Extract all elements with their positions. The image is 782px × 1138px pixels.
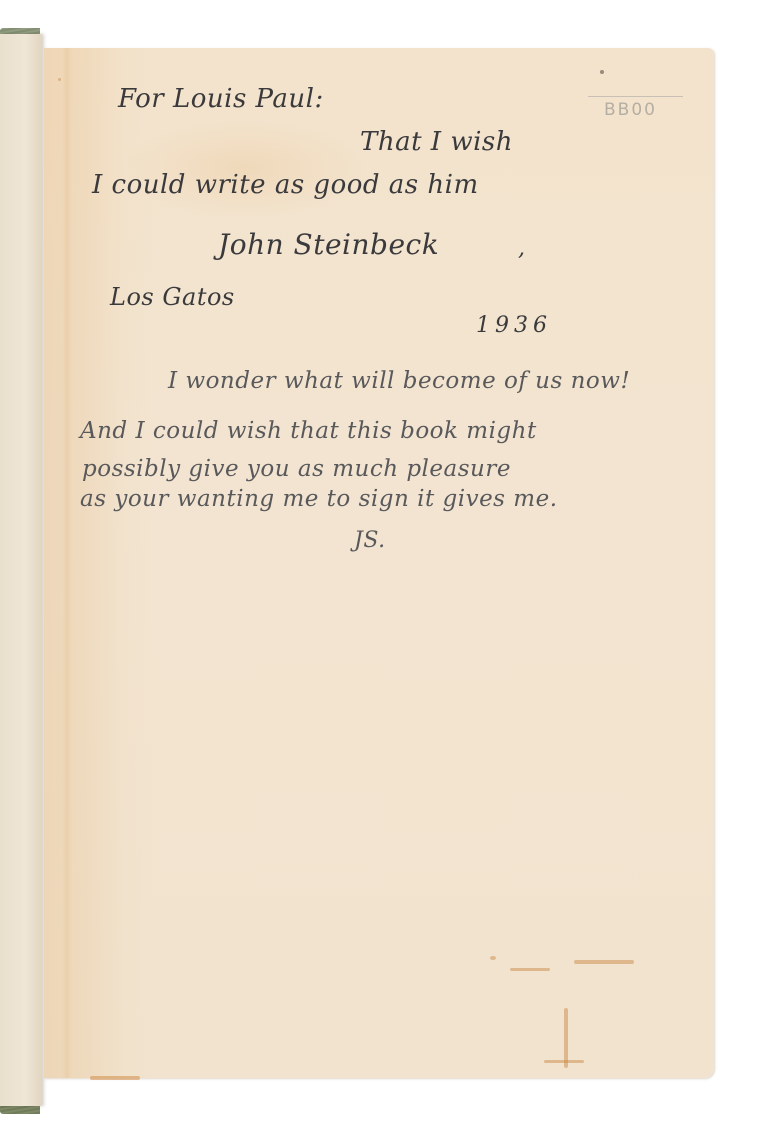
inscription-place: Los Gatos — [110, 283, 235, 311]
book-flyleaf-edge — [0, 34, 42, 1106]
foxing-spot — [510, 968, 550, 971]
foxing-spot — [490, 956, 496, 960]
postscript-line-4: as your wanting me to sign it gives me. — [80, 486, 558, 512]
foxing-spot — [574, 960, 634, 964]
inscription-year: 1936 — [476, 313, 552, 338]
foxing-spot — [544, 1060, 584, 1063]
signature: John Steinbeck — [218, 228, 439, 261]
foxing-spot — [58, 78, 61, 81]
inscription-salutation: For Louis Paul: — [118, 84, 324, 114]
edge-chip — [90, 1076, 140, 1080]
pencil-dealer-note: BB00 — [604, 100, 657, 120]
inscription-line-3: I could write as good as him — [92, 170, 479, 200]
postscript-line-1: I wonder what will become of us now! — [168, 368, 630, 394]
foxing-spot — [600, 70, 604, 74]
initials: JS. — [354, 528, 386, 553]
signature-mark: , — [518, 236, 526, 261]
postscript-line-3: possibly give you as much pleasure — [82, 456, 511, 482]
postscript-line-2: And I could wish that this book might — [80, 418, 537, 444]
foxing-spot — [564, 1008, 568, 1068]
endpaper-page — [44, 48, 714, 1078]
inscription-line-2: That I wish — [360, 127, 513, 157]
pencil-rule — [588, 96, 683, 97]
